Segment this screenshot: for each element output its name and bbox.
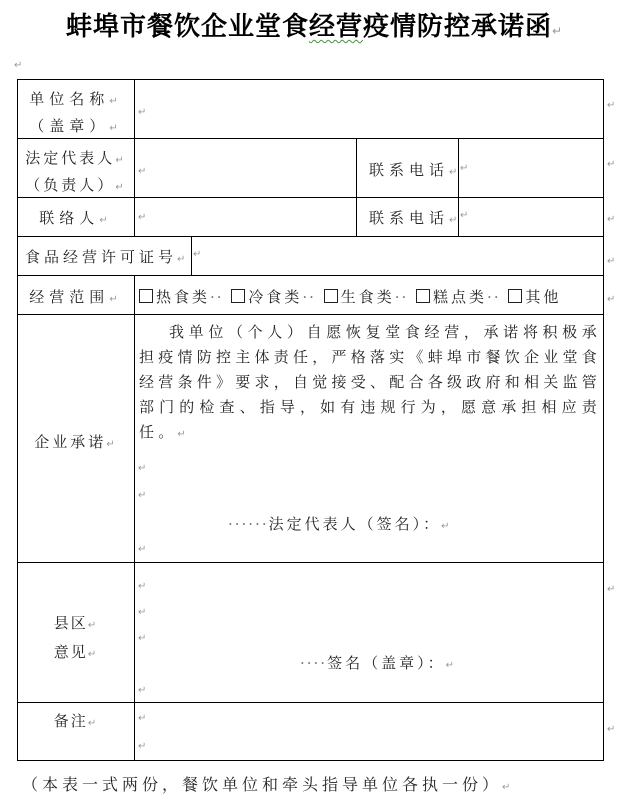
paragraph-mark-icon: ↵ [552,24,563,38]
paragraph-mark-icon: ↵ [607,256,615,267]
label-line: （负责人） [25,176,115,194]
label-line: （盖章） [29,117,109,135]
space-dots: ·· [395,288,409,306]
unit-name-label: 单位名称↵ （盖章）↵ [18,87,134,141]
scope-option-pastry[interactable]: 糕点类 [416,288,487,306]
paragraph-mark-icon: ↵ [607,724,615,735]
contact-field[interactable]: ↵ [135,198,356,236]
row-divider [17,275,604,276]
footer-note: （本表一式两份，餐饮单位和牵头指导单位各执一份）↵ [22,772,514,795]
paragraph-mark-icon: ↵ [138,490,146,501]
checkbox-icon[interactable] [139,289,153,303]
document-title: 蚌埠市餐饮企业堂食经营疫情防控承诺函↵ [0,6,629,43]
paragraph-mark-icon: ↵ [115,155,126,166]
table-border-bottom [17,760,604,761]
commitment-label: 企业承诺↵ [18,431,134,452]
paragraph-mark-icon: ↵ [115,182,126,193]
paragraph-mark-icon: ↵ [106,439,117,450]
label-line: 单位名称 [29,90,109,108]
paragraph-mark-icon: ↵ [607,294,615,305]
contact-phone-field[interactable]: ↵ [459,198,603,236]
signature-label: 签名（盖章）： [327,654,446,672]
label-text: 备注 [54,712,88,730]
paragraph-mark-icon: ↵ [607,584,615,595]
paragraph-mark-icon: ↵ [138,463,146,474]
label-text: 企业承诺 [34,433,106,451]
paragraph-mark-icon: ↵ [138,607,146,618]
remarks-label: 备注↵ [18,710,134,731]
label-line: 法定代表人 [25,149,115,167]
paragraph-mark-icon: ↵ [502,782,514,793]
license-field[interactable]: ↵ [192,237,603,275]
option-label: 冷食类 [248,288,302,306]
scope-options: 热食类·· 冷食类·· 生食类·· 糕点类·· 其他 [139,286,561,307]
paragraph-mark-icon: ↵ [138,713,146,724]
option-label: 热食类 [156,288,210,306]
paragraph-mark-icon: ↵ [109,96,122,107]
scope-option-other[interactable]: 其他 [508,288,561,306]
paragraph-mark-icon: ↵ [607,159,615,170]
row-divider [17,314,604,315]
commitment-text: 我单位（个人）自愿恢复堂食经营，承诺将积极承担疫情防控主体责任，严格落实《蚌埠市… [139,320,601,447]
label-text: 联系电话 [369,209,449,227]
paragraph-mark-icon: ↵ [88,649,98,660]
contact-phone-label: 联系电话↵ [369,207,462,228]
paragraph-mark-icon: ↵ [460,163,468,174]
paragraph-mark-icon: ↵ [138,544,146,555]
legal-rep-phone-field[interactable]: ↵ [459,139,603,197]
checkbox-icon[interactable] [231,289,245,303]
county-signature-line: ····签名（盖章）：↵ [300,652,457,673]
checkbox-icon[interactable] [324,289,338,303]
label-line: 意见 [54,643,88,661]
unit-name-field[interactable]: ↵ [135,80,603,138]
title-text-1: 蚌埠市餐饮企业堂食 [66,12,309,42]
paragraph-mark-icon: ↵ [138,581,146,592]
paragraph-mark-icon: ↵ [138,107,146,118]
county-opinion-label: 县区↵ 意见↵ [18,610,134,668]
title-text-spellcheck: 经营 [309,12,363,42]
checkbox-icon[interactable] [416,289,430,303]
paragraph-mark-icon: ↵ [88,620,98,631]
legal-rep-label: 法定代表人↵ （负责人）↵ [18,146,134,200]
space-dots: ·· [302,288,316,306]
paragraph-mark-icon: ↵ [138,685,146,696]
table-border-right [603,79,604,761]
commitment-signature-field[interactable] [300,510,600,534]
checkbox-icon[interactable] [508,289,522,303]
commitment-paragraph: 我单位（个人）自愿恢复堂食经营，承诺将积极承担疫情防控主体责任，严格落实《蚌埠市… [139,323,601,441]
footer-note-text: （本表一式两份，餐饮单位和牵头指导单位各执一份） [22,775,502,794]
paragraph-mark-icon: ↵ [460,210,468,221]
option-label: 糕点类 [433,288,487,306]
paragraph-mark-icon: ↵ [109,294,122,305]
paragraph-mark-icon: ↵ [88,718,98,729]
label-text: 联系电话 [369,161,449,179]
label-text: 联络人 [39,209,99,227]
scope-option-raw-food[interactable]: 生食类 [324,288,395,306]
paragraph-mark-icon: ↵ [138,633,146,644]
option-label: 其他 [525,288,561,306]
paragraph-mark-icon: ↵ [138,212,146,223]
scope-label: 经营范围↵ [18,286,134,307]
scope-option-cold-food[interactable]: 冷食类 [231,288,302,306]
option-label: 生食类 [341,288,395,306]
paragraph-mark-icon: ↵ [99,215,112,226]
remarks-field[interactable]: ↵ ↵ [135,703,603,760]
space-dots: ·· [210,288,224,306]
scope-option-hot-food[interactable]: 热食类 [139,288,210,306]
title-text-2: 疫情防控承诺函 [363,12,552,42]
column-divider [356,138,357,237]
license-label: 食品经营许可证号↵ [25,246,189,267]
paragraph-mark-icon: ↵ [607,214,615,225]
paragraph-mark-icon: ↵ [607,100,615,111]
label-text: 食品经营许可证号 [25,248,177,266]
contact-label: 联络人↵ [18,207,134,228]
paragraph-mark-icon: ↵ [138,166,146,177]
paragraph-mark-icon: ↵ [193,249,201,260]
label-text: 经营范围 [29,288,109,306]
legal-rep-phone-label: 联系电话↵ [369,159,462,180]
label-line: 县区 [54,614,88,632]
paragraph-mark-icon: ↵ [138,741,146,752]
space-dots: ···· [300,654,327,672]
county-opinion-field[interactable]: ↵ ↵ ↵ ↵ [135,563,603,702]
paragraph-mark-icon: ↵ [177,254,189,265]
space-dots: ·· [487,288,501,306]
paragraph-mark-icon: ↵ [14,60,22,71]
space-dots: ······ [228,515,269,533]
legal-rep-field[interactable]: ↵ [135,139,356,197]
paragraph-mark-icon: ↵ [109,123,122,134]
paragraph-mark-icon: ↵ [177,429,190,440]
paragraph-mark-icon: ↵ [446,660,457,671]
